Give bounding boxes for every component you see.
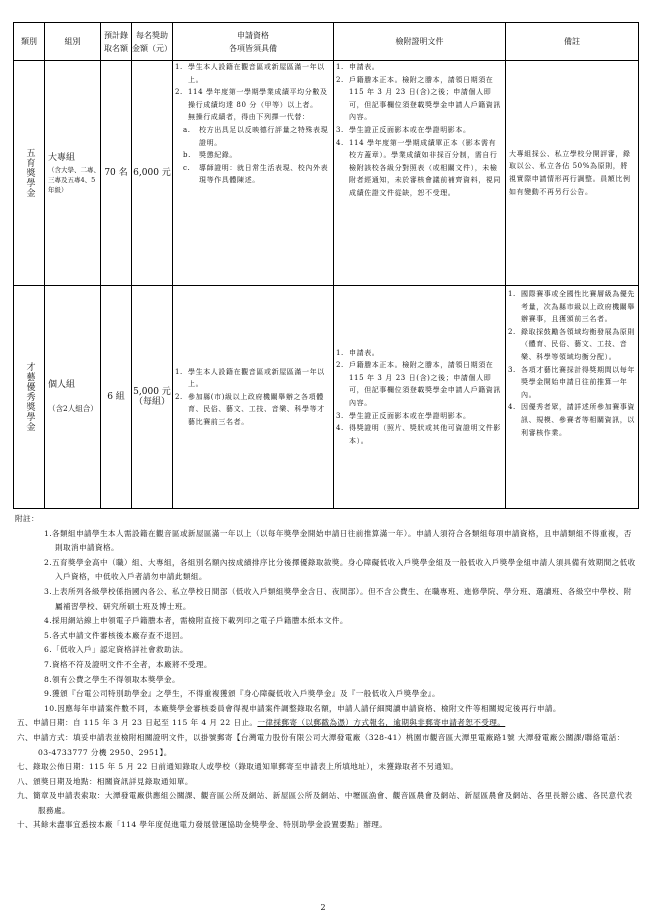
- amount-cell: 6,000 元: [132, 61, 173, 286]
- header-eligibility: 申請資格各項皆須具備: [173, 23, 334, 61]
- category-cell: 才藝優秀獎學金: [14, 286, 45, 509]
- eligibility-item-text: 校方出具足以反映德行評量之特殊表現證明。: [199, 124, 330, 149]
- header-quota: 預計錄取名額: [101, 23, 132, 61]
- header-amount-line1: 每名獎助: [136, 31, 168, 40]
- header-category: 類別: [14, 23, 45, 61]
- remark-item: 1.國際賽事或全國性比賽層級為優先考量，次為縣市級以上政府機關舉辦賽事，且獲頒前…: [508, 288, 635, 326]
- remark-item: 2.錄取採鼓勵各領域均衡發展為原則（體育、民俗、藝文、工技、音樂、科學等領域均衡…: [508, 326, 635, 364]
- note-item: 6.「低收入戶」認定資格詳社會救助法。: [21, 643, 638, 658]
- header-remarks: 備註: [506, 23, 639, 61]
- section-item: 八、頒獎日期及地點：相關資訊詳見錄取通知單。: [17, 775, 638, 790]
- section-item: 十、其餘未盡事宜悉按本廠「114 學年度促進電力發展營運協助金獎學金、特別助學金…: [17, 818, 638, 833]
- note-item: 7.資格不符及證明文件不全者，本廠將不受理。: [21, 658, 638, 673]
- header-eligibility-line2: 各項皆須具備: [229, 44, 277, 53]
- group-note: （含2人組合）: [48, 402, 100, 415]
- note-item: 2.五育獎學金高中（職）組、大專組，各組別名額內按成績排序比分後擇優錄取敘獎。身…: [21, 556, 638, 585]
- note-item: 3.上表所列各級學校係指國內各公、私立學校日間部（低收入戶類組獎學金含日、夜間部…: [21, 585, 638, 614]
- remark-item-text: 因優秀者眾，請詳述所參加賽事資訊、規模、參賽者等相關資訊，以利審核作業。: [521, 401, 635, 439]
- eligibility-item-text: 參加縣(市)級以上政府機關舉辦之各項體育、民俗、藝文、工技、音樂、科學等才藝比賽…: [188, 391, 330, 429]
- eligibility-item: 2.114 學年度第一學期學業成績平均分數及操行成績均達 80 分（甲等）以上者…: [175, 86, 330, 111]
- remarks-list: 1.國際賽事或全國性比賽層級為優先考量，次為縣市級以上政府機關舉辦賽事，且獲頒前…: [506, 288, 638, 439]
- header-group: 組別: [45, 23, 101, 61]
- eligibility-item: b.獎懲紀錄。: [175, 149, 330, 162]
- document-item-text: 得獎證明（照片、獎狀或其他可資證明文件影本）。: [349, 422, 502, 447]
- remark-item: 4.因優秀者眾，請詳述所參加賽事資訊、規模、參賽者等相關資訊，以利審核作業。: [508, 401, 635, 439]
- quota-cell: 6 組: [101, 286, 132, 509]
- amount-cell: 5,000 元 （每組）: [132, 286, 173, 509]
- eligibility-item-text: 114 學年度第一學期學業成績平均分數及操行成績均達 80 分（甲等）以上者。: [188, 86, 330, 111]
- section-text: 十、其餘未盡事宜悉按本廠「114 學年度促進電力發展營運協助金獎學金、特別助學金…: [17, 820, 387, 829]
- document-item-text: 戶籍謄本正本。檢附之謄本，請領日期須在 115 年 3 月 23 日(含)之後；…: [349, 359, 502, 409]
- table-row: 五育獎學金 大專組 （含大學、二專、三專及五專4、5年級） 70 名 6,000…: [14, 61, 639, 286]
- note-item: 5.各式申請文件審核後本廠存查不退回。: [21, 629, 638, 644]
- eligibility-item-text: 學生本人設籍在觀音區或新屋區滿一年以上。: [188, 366, 330, 391]
- eligibility-item: 1.學生本人設籍在觀音區或新屋區滿一年以上。: [175, 366, 330, 391]
- note-item: 10.因應每年申請案件數不同，本廠獎學金審核委員會得視申請案件調整錄取名額，申請…: [21, 702, 638, 717]
- document-item: 3.學生證正反面影本或在學證明影本。: [336, 410, 502, 423]
- document-item: 2.戶籍謄本正本。檢附之謄本，請領日期須在 115 年 3 月 23 日(含)之…: [336, 359, 502, 409]
- remark-item-number: 1.: [508, 288, 516, 301]
- section-text: 六、申請方式：填妥申請表並檢附相關證明文件，以掛號郵寄【台灣電力股份有限公司大潭…: [17, 733, 625, 757]
- document-item-number: 2.: [336, 359, 344, 372]
- eligibility-item-number: 2.: [175, 86, 183, 99]
- section-item: 七、錄取公佈日期：115 年 5 月 22 日前通知錄取人或學校（錄取通知單郵寄…: [17, 760, 638, 775]
- eligibility-cell: 1.學生本人設籍在觀音區或新屋區滿一年以上。2.114 學年度第一學期學業成績平…: [173, 61, 334, 286]
- document-item-number: 1.: [336, 61, 344, 74]
- eligibility-item-number: c.: [183, 162, 190, 175]
- section-item: 五、申請日期：自 115 年 3 月 23 日起至 115 年 4 月 22 日…: [17, 716, 638, 731]
- remark-item-number: 4.: [508, 401, 516, 414]
- scholarship-table: 類別 組別 預計錄取名額 每名獎助金額（元） 申請資格各項皆須具備 檢附證明文件…: [13, 22, 639, 509]
- eligibility-item: 1.學生本人設籍在觀音區或新屋區滿一年以上。: [175, 61, 330, 86]
- remarks-text: 大專組採公、私立學校分開評審，錄取以公、私立各佔 50%為原則，將視實際申請情形…: [506, 148, 638, 198]
- category-label: 才藝優秀獎學金: [23, 362, 36, 432]
- category-cell: 五育獎學金: [14, 61, 45, 286]
- document-item: 4.得獎證明（照片、獎狀或其他可資證明文件影本）。: [336, 422, 502, 447]
- document-item-number: 4.: [336, 137, 344, 150]
- group-note: （含大學、二專、三專及五專4、5年級）: [48, 165, 100, 195]
- remark-item-number: 3.: [508, 364, 516, 377]
- document-item: 3.學生證正反面影本或在學證明影本。: [336, 124, 502, 137]
- header-quota-line1: 預計錄: [104, 31, 128, 40]
- header-documents: 檢附證明文件: [334, 23, 506, 61]
- eligibility-cell: 1.學生本人設籍在觀音區或新屋區滿一年以上。2.參加縣(市)級以上政府機關舉辦之…: [173, 286, 334, 509]
- documents-list: 1.申請表。2.戶籍謄本正本。檢附之謄本，請領日期須在 115 年 3 月 23…: [334, 61, 505, 200]
- document-item-text: 戶籍謄本正本。檢附之謄本，請領日期須在 115 年 3 月 23 日(含)之後；…: [349, 74, 502, 124]
- document-item-text: 學生證正反面影本或在學證明影本。: [349, 124, 502, 137]
- eligibility-list: 1.學生本人設籍在觀音區或新屋區滿一年以上。2.參加縣(市)級以上政府機關舉辦之…: [173, 366, 333, 429]
- section-item: 六、申請方式：填妥申請表並檢附相關證明文件，以掛號郵寄【台灣電力股份有限公司大潭…: [17, 731, 638, 760]
- quota-cell: 70 名: [101, 61, 132, 286]
- eligibility-item-text: 無操行成績者，得由下列擇一代替：: [188, 111, 330, 124]
- header-row: 類別 組別 預計錄取名額 每名獎助金額（元） 申請資格各項皆須具備 檢附證明文件…: [14, 23, 639, 61]
- group-name: 個人組: [48, 379, 100, 392]
- document-item-text: 114 學年度第一學期成績單正本（影本需有校方蓋章）。學業成績如非採百分制，需自…: [349, 137, 502, 200]
- notes-list: 1.各類組申請學生本人需設籍在觀音區或新屋區滿一年以上（以每年獎學金開始申請日往…: [13, 527, 638, 717]
- note-item: 8.領有公費之學生不得領取本獎學金。: [21, 673, 638, 688]
- header-quota-line2: 取名額: [104, 44, 128, 53]
- documents-list: 1.申請表。2.戶籍謄本正本。檢附之謄本，請領日期須在 115 年 3 月 23…: [334, 347, 505, 448]
- header-amount-line2: 金額（元）: [132, 44, 172, 53]
- document-item: 1.申請表。: [336, 347, 502, 360]
- eligibility-item-text: 獎懲紀錄。: [199, 149, 330, 162]
- table-row: 才藝優秀獎學金 個人組 （含2人組合） 6 組 5,000 元 （每組） 1.學…: [14, 286, 639, 509]
- eligibility-item-number: a.: [183, 124, 191, 137]
- document-item-text: 學生證正反面影本或在學證明影本。: [349, 410, 502, 423]
- document-item-number: 3.: [336, 124, 344, 137]
- remarks-cell: 大專組採公、私立學校分開評審，錄取以公、私立各佔 50%為原則，將視實際申請情形…: [506, 61, 639, 286]
- eligibility-item-number: 2.: [175, 391, 183, 404]
- eligibility-item-number: 1.: [175, 61, 183, 74]
- remark-item-number: 2.: [508, 326, 516, 339]
- eligibility-item: 2.參加縣(市)級以上政府機關舉辦之各項體育、民俗、藝文、工技、音樂、科學等才藝…: [175, 391, 330, 429]
- document-item-text: 申請表。: [349, 347, 502, 360]
- document-item-text: 申請表。: [349, 61, 502, 74]
- documents-cell: 1.申請表。2.戶籍謄本正本。檢附之謄本，請領日期須在 115 年 3 月 23…: [334, 61, 506, 286]
- document-item-number: 1.: [336, 347, 344, 360]
- amount-value: 5,000 元: [132, 387, 172, 397]
- remarks-cell: 1.國際賽事或全國性比賽層級為優先考量，次為縣市級以上政府機關舉辦賽事，且獲頒前…: [506, 286, 639, 509]
- notes-section: 附註： 1.各類組申請學生本人需設籍在觀音區或新屋區滿一年以上（以每年獎學金開始…: [13, 512, 638, 833]
- page-number: 2: [0, 903, 646, 912]
- eligibility-item: 無操行成績者，得由下列擇一代替：: [175, 111, 330, 124]
- document-item: 1.申請表。: [336, 61, 502, 74]
- document-item-number: 4.: [336, 422, 344, 435]
- amount-note: （每組）: [132, 397, 172, 407]
- amount-value: 6,000 元: [133, 168, 171, 178]
- documents-cell: 1.申請表。2.戶籍謄本正本。檢附之謄本，請領日期須在 115 年 3 月 23…: [334, 286, 506, 509]
- section-text: 五、申請日期：自 115 年 3 月 23 日起至 115 年 4 月 22 日…: [17, 718, 257, 727]
- section-text: 八、頒獎日期及地點：相關資訊詳見錄取通知單。: [17, 777, 193, 786]
- remark-item-text: 錄取採鼓勵各領域均衡發展為原則（體育、民俗、藝文、工技、音樂、科學等領域均衡分配…: [521, 326, 635, 364]
- eligibility-item-text: 導師證明：就日常生活表現、校內外表現等作具體陳述。: [199, 162, 330, 187]
- eligibility-item: a.校方出具足以反映德行評量之特殊表現證明。: [175, 124, 330, 149]
- category-label: 五育獎學金: [23, 148, 36, 198]
- document-item-number: 3.: [336, 410, 344, 423]
- remark-item: 3.各項才藝比賽採計得獎期間以每年獎學金開始申請日往前推算一年內。: [508, 364, 635, 402]
- notes-title: 附註：: [15, 512, 638, 527]
- document-item: 2.戶籍謄本正本。檢附之謄本，請領日期須在 115 年 3 月 23 日(含)之…: [336, 74, 502, 124]
- note-item: 1.各類組申請學生本人需設籍在觀音區或新屋區滿一年以上（以每年獎學金開始申請日往…: [21, 527, 638, 556]
- note-item: 9.獲頒『台電公司特別助學金』之學生，不得重複獲頒『身心障礙低收入戶獎學金』及『…: [21, 687, 638, 702]
- section-text: 七、錄取公佈日期：115 年 5 月 22 日前通知錄取人或學校（錄取通知單郵寄…: [17, 762, 458, 771]
- group-name: 大專組: [48, 152, 100, 165]
- eligibility-item: c.導師證明：就日常生活表現、校內外表現等作具體陳述。: [175, 162, 330, 187]
- header-eligibility-line1: 申請資格: [237, 31, 269, 40]
- section-item: 九、簡章及申請表索取：大潭發電廠供應組公關課、觀音區公所及網站、新屋區公所及網站…: [17, 789, 638, 818]
- document-item-number: 2.: [336, 74, 344, 87]
- section-underlined-text: 一律採郵寄（以郵戳為憑）方式報名，逾期與非郵寄申請者恕不受理。: [257, 718, 505, 727]
- sections-list: 五、申請日期：自 115 年 3 月 23 日起至 115 年 4 月 22 日…: [13, 716, 638, 833]
- section-text: 九、簡章及申請表索取：大潭發電廠供應組公關課、觀音區公所及網站、新屋區公所及網站…: [17, 791, 633, 815]
- remark-item-text: 各項才藝比賽採計得獎期間以每年獎學金開始申請日往前推算一年內。: [521, 364, 635, 402]
- eligibility-item-text: 學生本人設籍在觀音區或新屋區滿一年以上。: [188, 61, 330, 86]
- group-cell: 個人組 （含2人組合）: [45, 286, 101, 509]
- header-amount: 每名獎助金額（元）: [132, 23, 173, 61]
- eligibility-item-number: b.: [183, 149, 191, 162]
- group-cell: 大專組 （含大學、二專、三專及五專4、5年級）: [45, 61, 101, 286]
- eligibility-item-number: 1.: [175, 366, 183, 379]
- note-item: 4.採用網站線上申領電子戶籍謄本者，需檢附直接下載列印之電子戶籍謄本紙本文件。: [21, 614, 638, 629]
- remark-item-text: 國際賽事或全國性比賽層級為優先考量，次為縣市級以上政府機關舉辦賽事，且獲頒前三名…: [521, 288, 635, 326]
- document-item: 4.114 學年度第一學期成績單正本（影本需有校方蓋章）。學業成績如非採百分制，…: [336, 137, 502, 200]
- eligibility-list: 1.學生本人設籍在觀音區或新屋區滿一年以上。2.114 學年度第一學期學業成績平…: [173, 61, 333, 187]
